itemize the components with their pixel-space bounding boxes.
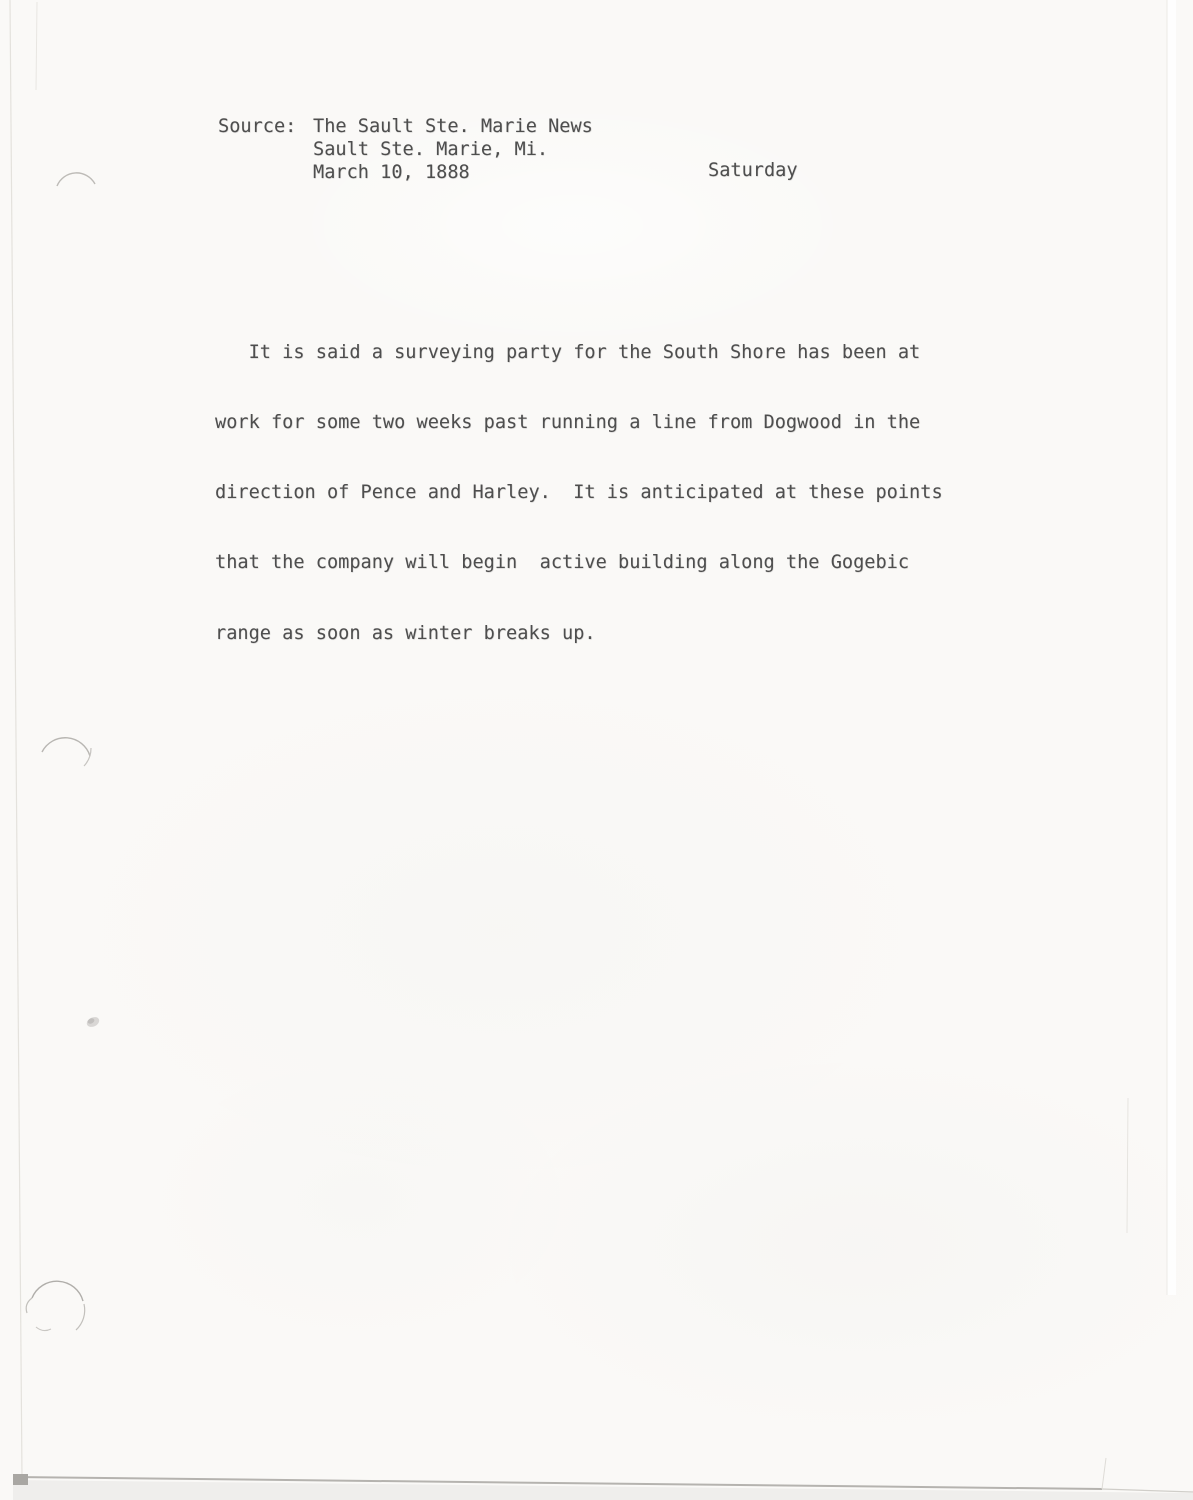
body-line: range as soon as winter breaks up. bbox=[215, 622, 943, 645]
publication-location: Sault Ste. Marie, Mi. bbox=[313, 138, 548, 161]
hole-punch-mark-top bbox=[57, 173, 95, 186]
body-line: that the company will begin active build… bbox=[215, 551, 943, 574]
article-paragraph: It is said a surveying party for the Sou… bbox=[215, 294, 943, 692]
bottom-edge-tab-mark bbox=[13, 1474, 28, 1485]
hole-punch-mark-middle bbox=[42, 738, 90, 756]
paper-right-crease bbox=[1127, 1098, 1128, 1233]
page-bottom-edge-right bbox=[1102, 1489, 1193, 1492]
scan-strip-right bbox=[1167, 0, 1176, 1295]
hole-punch-mark-bottom-tear bbox=[36, 1327, 51, 1331]
page-bottom-edge bbox=[13, 1477, 1102, 1489]
scanned-document-page: Source: The Sault Ste. Marie News Sault … bbox=[0, 0, 1193, 1500]
body-line: work for some two weeks past running a l… bbox=[215, 411, 943, 434]
hole-punch-mark-bottom bbox=[32, 1281, 83, 1301]
hole-punch-mark-middle-fragment bbox=[84, 748, 91, 766]
body-line: It is said a surveying party for the Sou… bbox=[215, 341, 943, 364]
paper-left-edge bbox=[10, 0, 22, 1478]
publication-date: March 10, 1888 bbox=[313, 161, 470, 184]
paper-top-left-edge bbox=[36, 2, 37, 90]
hole-punch-mark-bottom-right bbox=[76, 1304, 85, 1330]
source-label: Source: bbox=[218, 115, 296, 138]
scan-speck bbox=[85, 1015, 101, 1029]
scan-artifacts-layer bbox=[0, 0, 1193, 1500]
page-corner-right bbox=[1102, 1458, 1106, 1489]
publication-weekday: Saturday bbox=[708, 159, 798, 182]
scanner-background-bottom bbox=[13, 1480, 1193, 1500]
publication-name: The Sault Ste. Marie News bbox=[313, 115, 593, 138]
hole-punch-mark-bottom-left bbox=[26, 1298, 32, 1313]
body-line: direction of Pence and Harley. It is ant… bbox=[215, 481, 943, 504]
